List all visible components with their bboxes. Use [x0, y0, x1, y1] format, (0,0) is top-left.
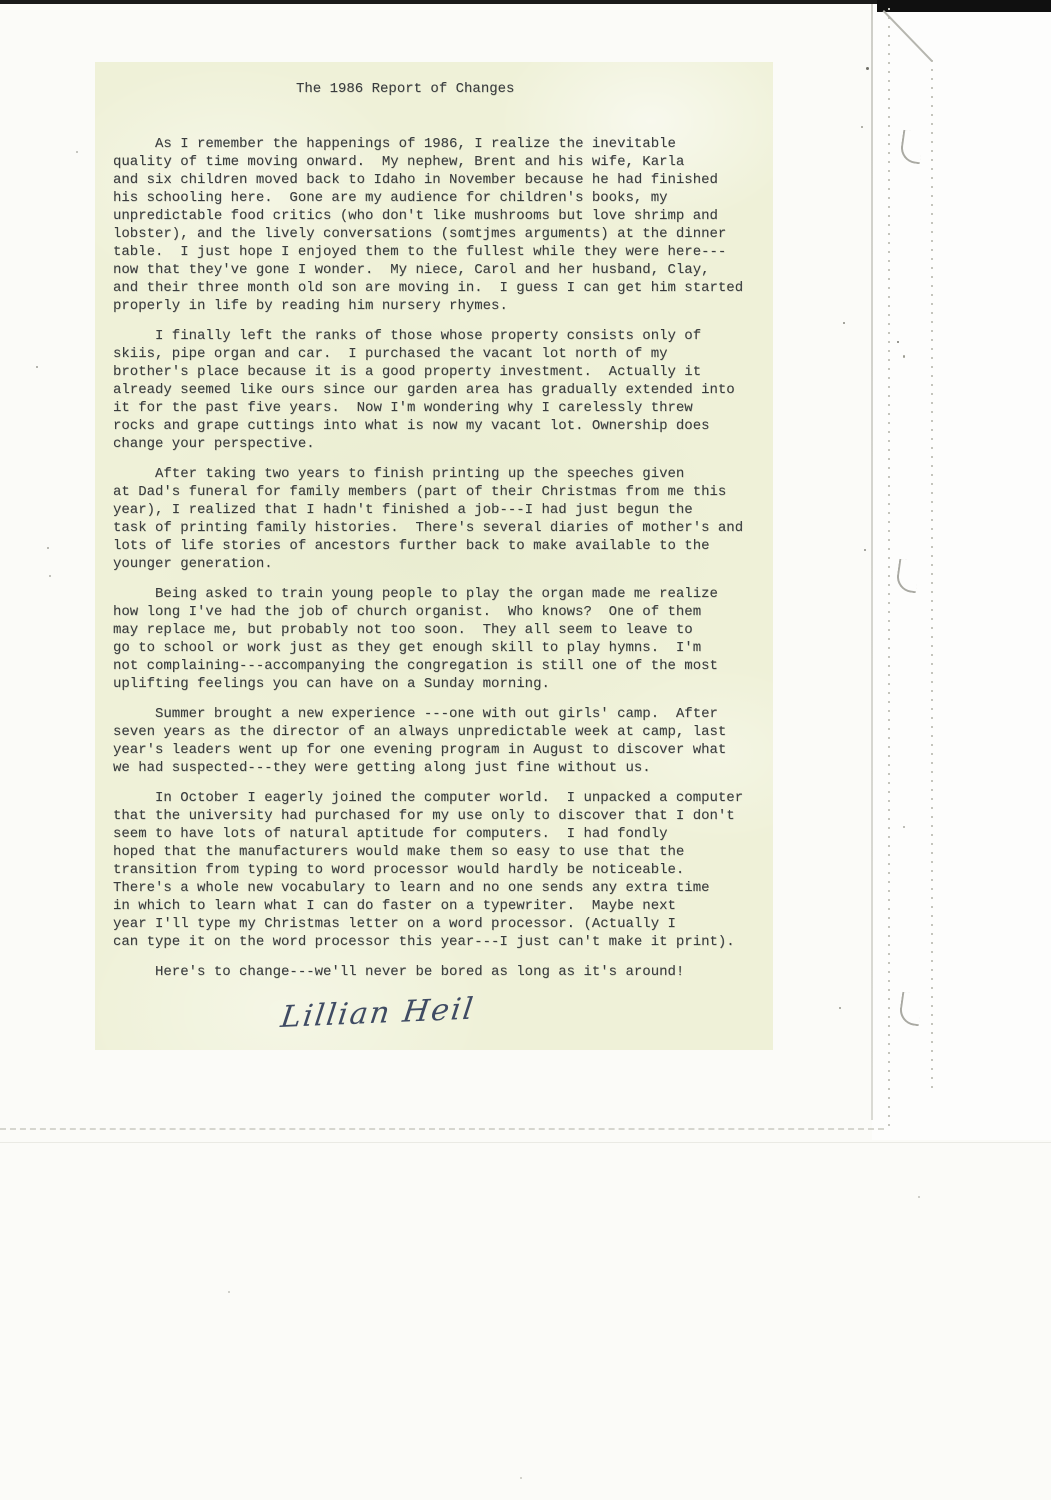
scan-speck	[47, 547, 49, 549]
sleeve-edge-line	[871, 4, 873, 1120]
sleeve-stitch-line	[931, 60, 933, 1090]
scan-top-edge-right	[877, 0, 1051, 12]
letter-title: The 1986 Report of Changes	[113, 80, 765, 98]
letter-paragraph-6: In October I eagerly joined the computer…	[113, 789, 765, 951]
scan-speck	[228, 1291, 230, 1293]
sleeve-stitch-line	[888, 8, 890, 1132]
letter-paragraph-5: Summer brought a new experience ---one w…	[113, 705, 765, 777]
scan-speck	[918, 1196, 920, 1198]
scan-speck	[897, 341, 899, 343]
scan-crease-line	[0, 1142, 1051, 1143]
scan-speck	[903, 355, 905, 358]
scan-speck	[76, 151, 78, 153]
handwritten-signature: Lillian Heil	[279, 980, 771, 1035]
scan-speck	[866, 67, 869, 70]
letter-paragraph-4: Being asked to train young people to pla…	[113, 585, 765, 693]
letter-paragraph-2: I finally left the ranks of those whose …	[113, 327, 765, 453]
scan-speck	[49, 575, 51, 577]
scan-speck	[520, 1477, 522, 1479]
scan-speck	[861, 126, 863, 128]
letter-paragraph-1: As I remember the happenings of 1986, I …	[113, 135, 765, 315]
scan-speck	[864, 549, 866, 551]
scanned-page: The 1986 Report of Changes As I remember…	[0, 0, 1051, 1500]
scan-speck	[839, 1007, 841, 1009]
sleeve-bottom-seam	[0, 1128, 884, 1130]
letter-paper: The 1986 Report of Changes As I remember…	[95, 62, 773, 1050]
letter-paragraph-3: After taking two years to finish printin…	[113, 465, 765, 573]
letter-paragraph-7: Here's to change---we'll never be bored …	[113, 963, 765, 981]
scan-speck	[903, 826, 905, 828]
scan-speck	[843, 322, 845, 324]
scan-speck	[36, 366, 38, 368]
